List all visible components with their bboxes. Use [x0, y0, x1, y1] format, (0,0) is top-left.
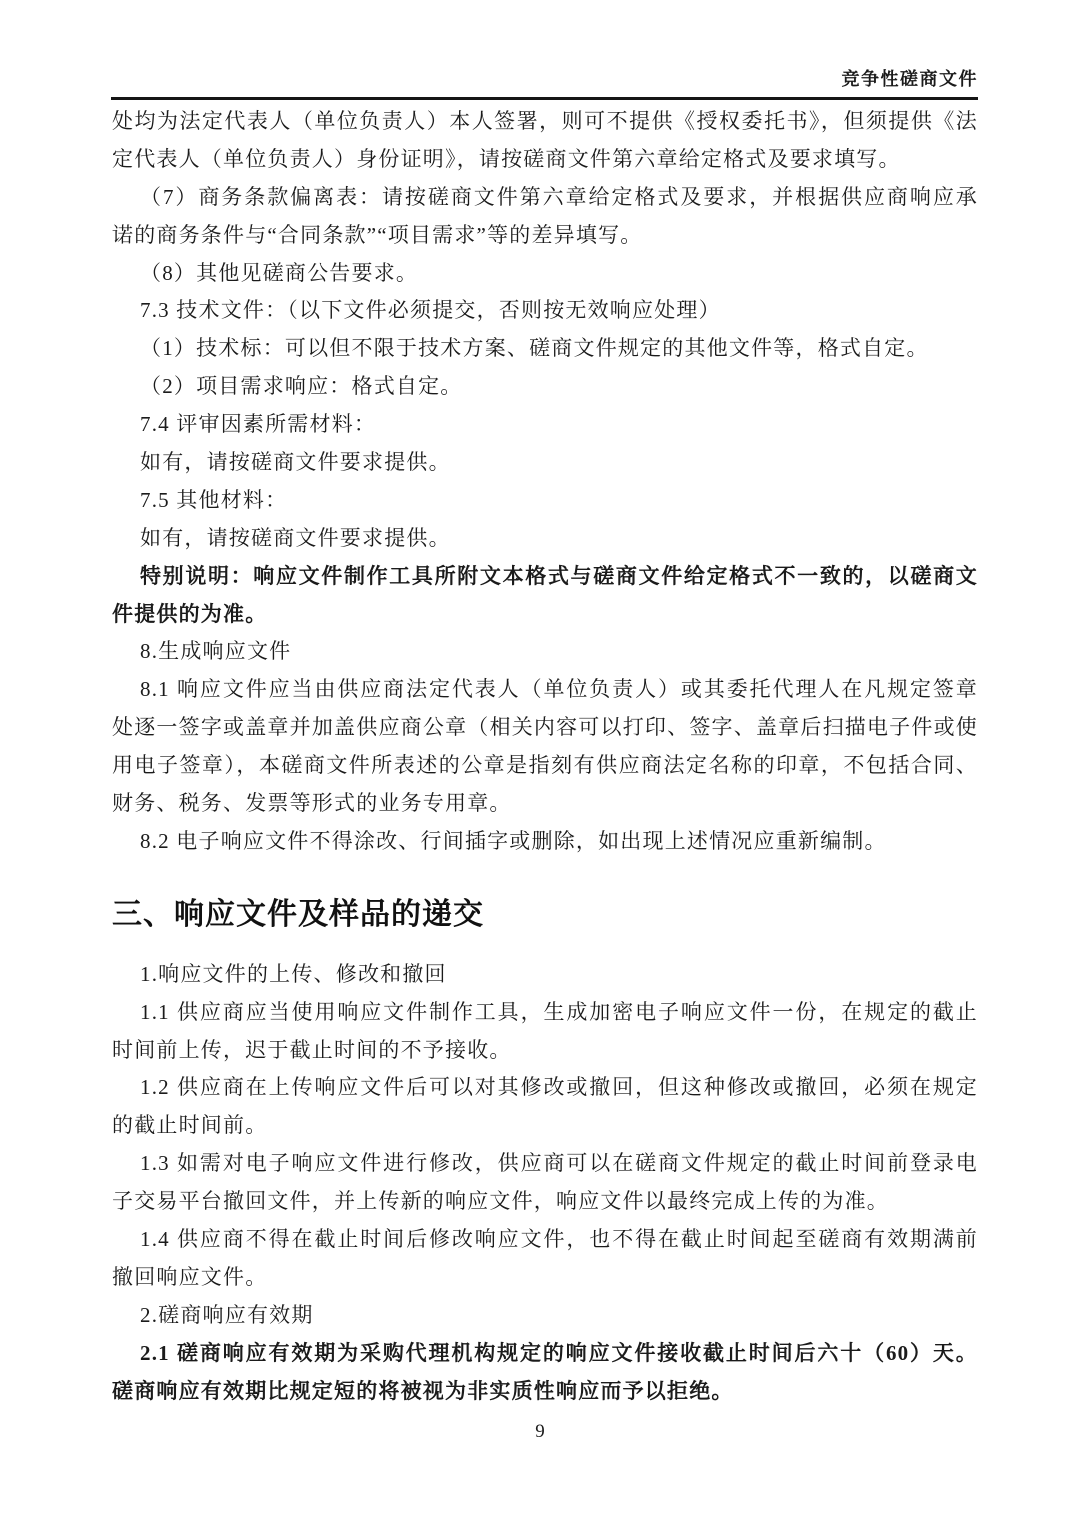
- text-line: 如有，请按磋商文件要求提供。: [112, 520, 978, 558]
- text-line: 诺的商务条件与“合同条款”“项目需求”等的差异填写。: [112, 217, 978, 255]
- text-line: （2）项目需求响应：格式自定。: [112, 368, 978, 406]
- text-line: 1.2 供应商在上传响应文件后可以对其修改或撤回，但这种修改或撤回，必须在规定: [112, 1069, 978, 1107]
- body-section-top: 处均为法定代表人（单位负责人）本人签署，则可不提供《授权委托书》，但须提供《法定…: [112, 103, 978, 861]
- text-line: 8.1 响应文件应当由供应商法定代表人（单位负责人）或其委托代理人在凡规定签章: [112, 671, 978, 709]
- text-line: 2.磋商响应有效期: [112, 1297, 978, 1335]
- text-line: 如有，请按磋商文件要求提供。: [112, 444, 978, 482]
- text-line: 7.3 技术文件：（以下文件必须提交，否则按无效响应处理）: [112, 292, 978, 330]
- text-line: 7.5 其他材料：: [112, 482, 978, 520]
- text-line: （7）商务条款偏离表：请按磋商文件第六章给定格式及要求，并根据供应商响应承: [112, 179, 978, 217]
- section-heading: 三、响应文件及样品的递交: [112, 885, 978, 945]
- page-footer: 9: [0, 1416, 1080, 1448]
- document-content: 处均为法定代表人（单位负责人）本人签署，则可不提供《授权委托书》，但须提供《法定…: [112, 103, 978, 1411]
- header-rule: [111, 97, 978, 100]
- text-line: 特别说明：响应文件制作工具所附文本格式与磋商文件给定格式不一致的，以磋商文: [112, 558, 978, 596]
- text-line: 件提供的为准。: [112, 596, 978, 634]
- text-line: 1.1 供应商应当使用响应文件制作工具，生成加密电子响应文件一份，在规定的截止: [112, 994, 978, 1032]
- text-line: 7.4 评审因素所需材料：: [112, 406, 978, 444]
- page-number: 9: [535, 1421, 545, 1442]
- text-line: 定代表人（单位负责人）身份证明》，请按磋商文件第六章给定格式及要求填写。: [112, 141, 978, 179]
- text-line: 处均为法定代表人（单位负责人）本人签署，则可不提供《授权委托书》，但须提供《法: [112, 103, 978, 141]
- body-section-bottom: 1.响应文件的上传、修改和撤回1.1 供应商应当使用响应文件制作工具，生成加密电…: [112, 956, 978, 1411]
- text-line: 用电子签章），本磋商文件所表述的公章是指刻有供应商法定名称的印章，不包括合同、: [112, 747, 978, 785]
- text-line: 1.3 如需对电子响应文件进行修改，供应商可以在磋商文件规定的截止时间前登录电: [112, 1145, 978, 1183]
- text-line: 8.2 电子响应文件不得涂改、行间插字或删除，如出现上述情况应重新编制。: [112, 823, 978, 861]
- text-line: 撤回响应文件。: [112, 1259, 978, 1297]
- text-line: 2.1 磋商响应有效期为采购代理机构规定的响应文件接收截止时间后六十（60）天。: [112, 1335, 978, 1373]
- header-doc-type-label: 竞争性磋商文件: [842, 69, 979, 89]
- text-line: （8）其他见磋商公告要求。: [112, 255, 978, 293]
- text-line: 8.生成响应文件: [112, 633, 978, 671]
- text-line: 磋商响应有效期比规定短的将被视为非实质性响应而予以拒绝。: [112, 1373, 978, 1411]
- text-line: 时间前上传，迟于截止时间的不予接收。: [112, 1032, 978, 1070]
- page-header: 竞争性磋商文件: [112, 66, 978, 92]
- document-page: 竞争性磋商文件 处均为法定代表人（单位负责人）本人签署，则可不提供《授权委托书》…: [0, 0, 1080, 1527]
- text-line: 1.响应文件的上传、修改和撤回: [112, 956, 978, 994]
- text-line: 1.4 供应商不得在截止时间后修改响应文件，也不得在截止时间起至磋商有效期满前: [112, 1221, 978, 1259]
- text-line: 处逐一签字或盖章并加盖供应商公章（相关内容可以打印、签字、盖章后扫描电子件或使: [112, 709, 978, 747]
- text-line: 财务、税务、发票等形式的业务专用章。: [112, 785, 978, 823]
- text-line: 的截止时间前。: [112, 1107, 978, 1145]
- text-line: （1）技术标：可以但不限于技术方案、磋商文件规定的其他文件等，格式自定。: [112, 330, 978, 368]
- text-line: 子交易平台撤回文件，并上传新的响应文件，响应文件以最终完成上传的为准。: [112, 1183, 978, 1221]
